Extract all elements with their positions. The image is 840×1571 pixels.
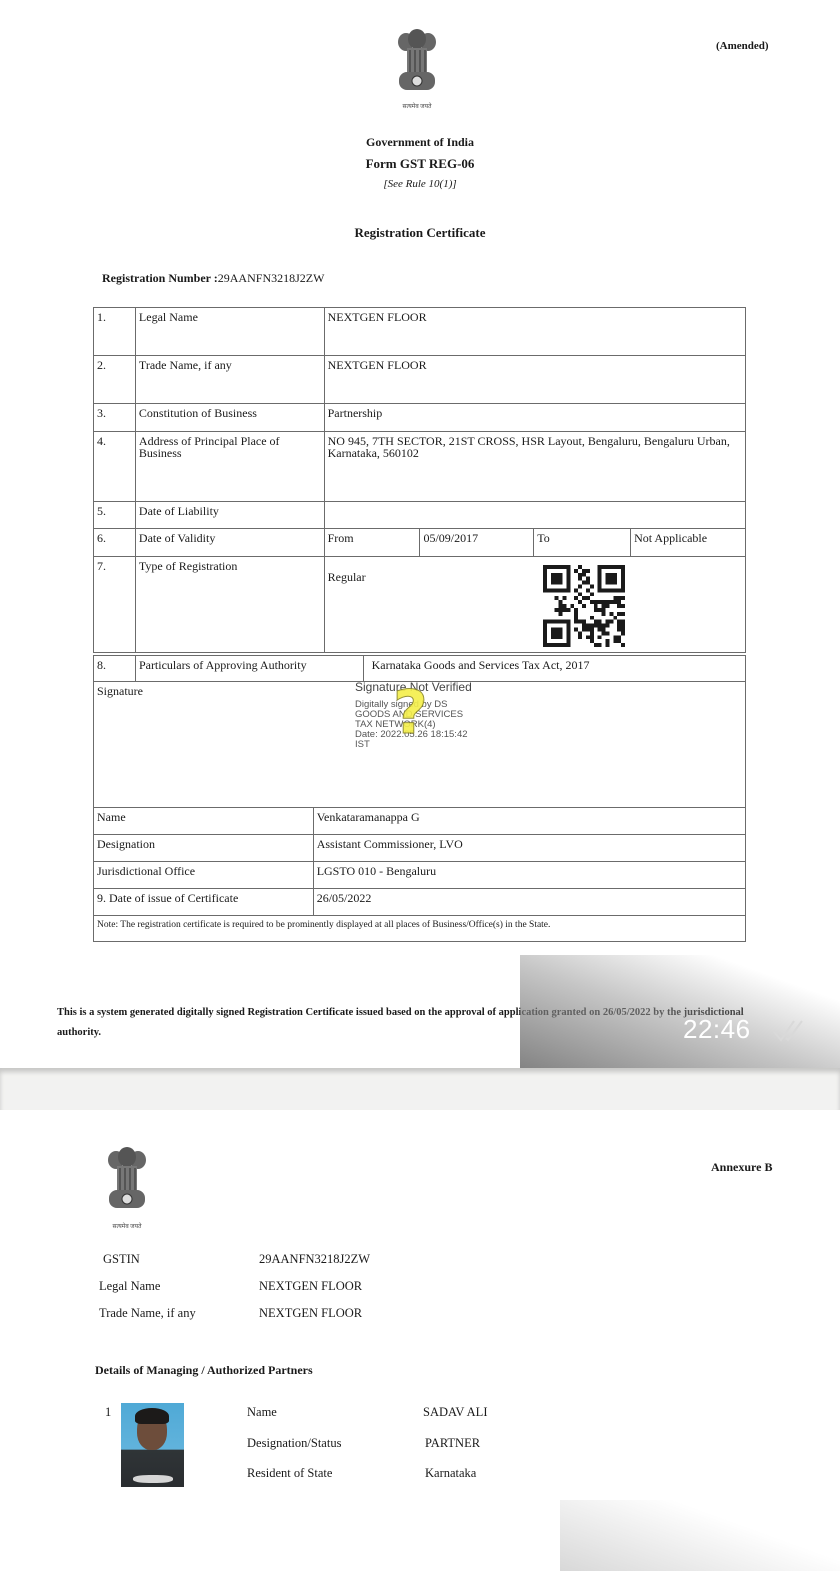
officer-table: Name Venkataramanappa G Designation Assi… <box>93 807 746 942</box>
partner-designation-value: PARTNER <box>425 1436 480 1451</box>
registration-number: Registration Number :29AANFN3218J2ZW <box>102 271 324 286</box>
partner-name-label: Name <box>247 1405 277 1420</box>
rule-reference: [See Rule 10(1)] <box>0 178 840 190</box>
table-row: 3. Constitution of Business Partnership <box>94 404 746 432</box>
partner-designation-label: Designation/Status <box>247 1436 341 1451</box>
message-shadow <box>520 955 840 1068</box>
registration-details-table: 1. Legal Name NEXTGEN FLOOR 2. Trade Nam… <box>93 307 746 653</box>
form-title: Form GST REG-06 <box>0 156 840 172</box>
gstin-value: 29AANFN3218J2ZW <box>259 1252 370 1267</box>
table-row: 2. Trade Name, if any NEXTGEN FLOOR <box>94 356 746 404</box>
national-emblem-icon <box>395 28 439 98</box>
national-emblem-icon <box>105 1146 149 1216</box>
partner-state-value: Karnataka <box>425 1466 476 1481</box>
partner-state-label: Resident of State <box>247 1466 332 1481</box>
table-row: Name Venkataramanappa G <box>94 808 746 835</box>
legal-name-label: Legal Name <box>99 1279 160 1294</box>
amended-label: (Amended) <box>716 40 769 52</box>
signature-unverified-icon: ? <box>393 683 428 743</box>
page-separator <box>0 1068 840 1110</box>
partner-photo <box>121 1403 184 1487</box>
table-row: 1. Legal Name NEXTGEN FLOOR <box>94 308 746 356</box>
table-row: 5. Date of Liability <box>94 502 746 529</box>
document-title: Registration Certificate <box>0 225 840 241</box>
display-note: Note: The registration certificate is re… <box>94 916 746 942</box>
partners-heading: Details of Managing / Authorized Partner… <box>95 1363 313 1378</box>
trade-name-label: Trade Name, if any <box>99 1306 196 1321</box>
partner-index: 1 <box>105 1405 111 1420</box>
table-row: 6. Date of Validity From 05/09/2017 To N… <box>94 529 746 557</box>
emblem-caption: सत्यमेव जयते <box>97 1222 157 1230</box>
annexure-title: Annexure B <box>711 1160 772 1175</box>
partner-name-value: SADAV ALI <box>423 1405 487 1420</box>
emblem-caption: सत्यमेव जयते <box>387 102 447 110</box>
government-title: Government of India <box>0 135 840 150</box>
table-row: 7. Type of Registration Regular <box>94 557 746 653</box>
legal-name-value: NEXTGEN FLOOR <box>259 1279 362 1294</box>
message-shadow <box>560 1500 840 1571</box>
qr-code-icon <box>543 565 625 647</box>
trade-name-value: NEXTGEN FLOOR <box>259 1306 362 1321</box>
certificate-page: सत्यमेव जयते (Amended) Government of Ind… <box>0 0 840 1068</box>
table-row: Designation Assistant Commissioner, LVO <box>94 835 746 862</box>
double-check-icon <box>772 1018 812 1044</box>
table-row: Jurisdictional Office LGSTO 010 - Bengal… <box>94 862 746 889</box>
table-row: 9. Date of issue of Certificate 26/05/20… <box>94 889 746 916</box>
message-time: 22:46 <box>683 1014 751 1045</box>
gstin-label: GSTIN <box>103 1252 140 1267</box>
table-row: Note: The registration certificate is re… <box>94 916 746 942</box>
table-row: 4. Address of Principal Place of Busines… <box>94 432 746 502</box>
